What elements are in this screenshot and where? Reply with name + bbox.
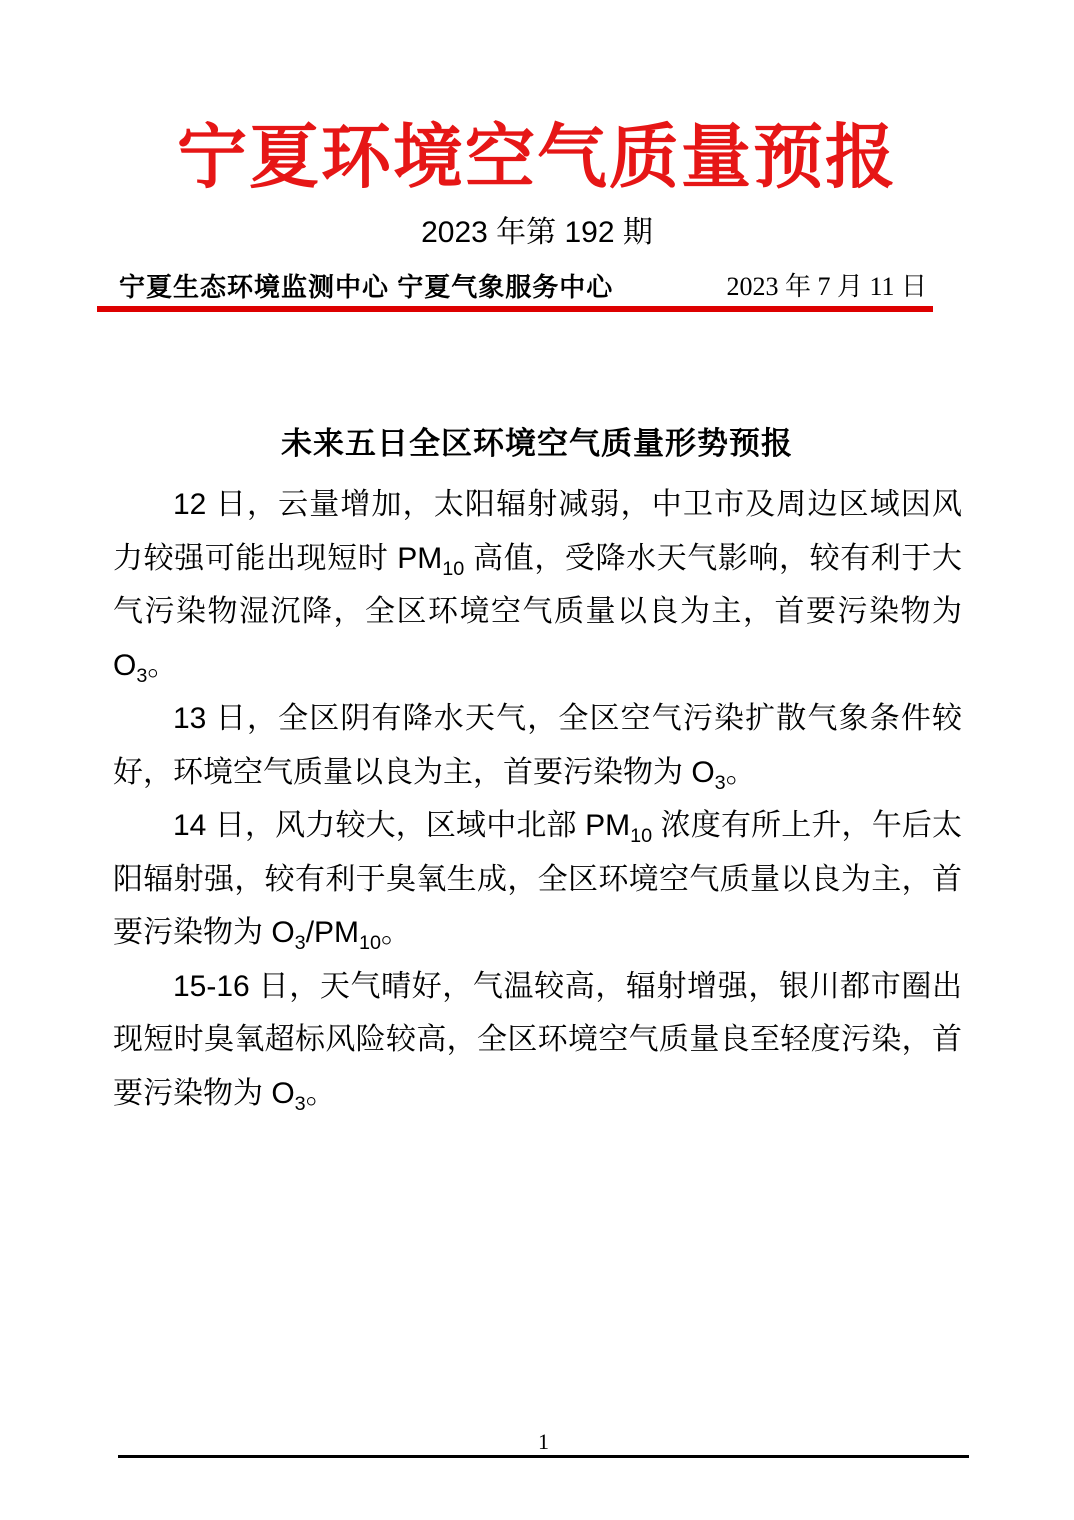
document-page: 宁夏环境空气质量预报 2023 年第 192 期 宁夏生态环境监测中心 宁夏气象… xyxy=(0,0,1074,1520)
page-number: 1 xyxy=(538,1429,549,1454)
issue-date: 2023 年 7 月 11 日 xyxy=(726,271,927,303)
forecast-paragraph-day15-16: 15-16 日，天气晴好，气温较高，辐射增强，银川都市圈出现短时臭氧超标风险较高… xyxy=(113,960,962,1121)
section-heading: 未来五日全区环境空气质量形势预报 xyxy=(0,422,1074,465)
issue-number: 2023 年第 192 期 xyxy=(0,215,1074,251)
forecast-body: 12 日，云量增加，太阳辐射减弱，中卫市及周边区域因风力较强可能出现短时 PM1… xyxy=(113,478,962,1120)
red-divider-rule xyxy=(97,306,933,312)
document-title: 宁夏环境空气质量预报 xyxy=(0,0,1074,194)
forecast-paragraph-day13: 13 日，全区阴有降水天气，全区空气污染扩散气象条件较好，环境空气质量以良为主，… xyxy=(113,692,962,799)
page-footer: 1 xyxy=(118,1430,969,1458)
forecast-paragraph-day14: 14 日，风力较大，区域中北部 PM10 浓度有所上升，午后太阳辐射强，较有利于… xyxy=(113,799,962,960)
masthead: 宁夏生态环境监测中心 宁夏气象服务中心 2023 年 7 月 11 日 xyxy=(97,271,933,303)
forecast-paragraph-day12: 12 日，云量增加，太阳辐射减弱，中卫市及周边区域因风力较强可能出现短时 PM1… xyxy=(113,478,962,692)
issuing-agencies: 宁夏生态环境监测中心 宁夏气象服务中心 xyxy=(119,271,613,303)
